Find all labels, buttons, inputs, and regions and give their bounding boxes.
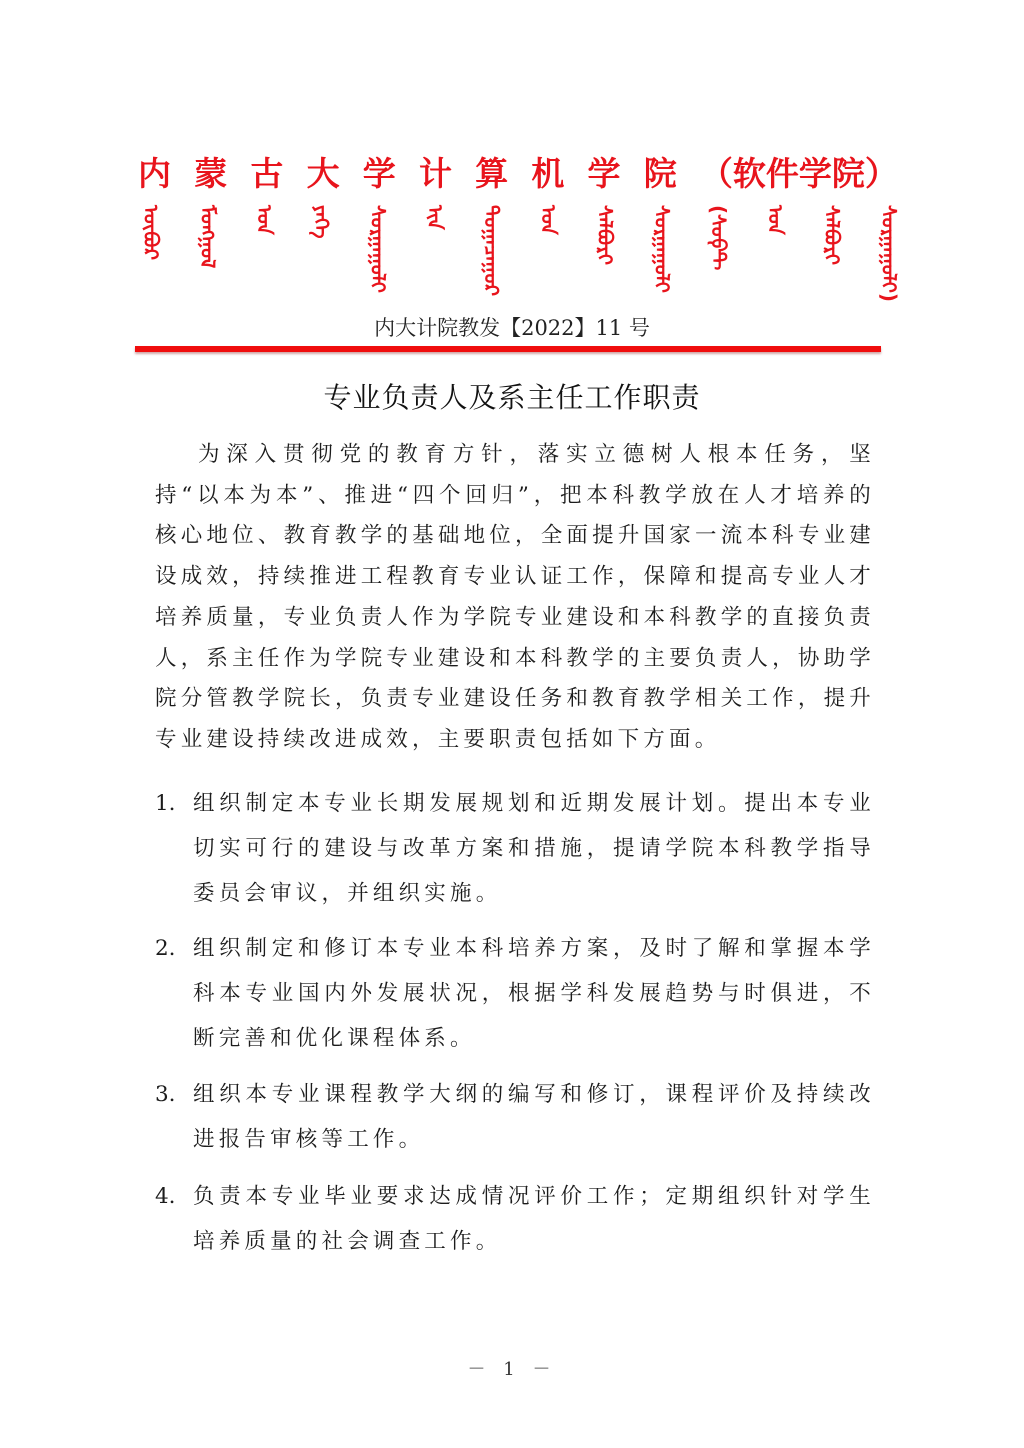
mongolian-word: ᠢᠨ xyxy=(424,205,446,230)
mongolian-word: (ᠰᠣᠹᠲ xyxy=(708,205,730,270)
mongolian-word: ᠰᠤᠷᠭᠠᠭᠤᠯᠢ xyxy=(651,205,673,293)
mongolian-word: ᠲᠣᠭᠠᠴᠠᠭᠤᠷ xyxy=(481,205,503,296)
letterhead-char: 院 xyxy=(644,148,677,195)
letterhead-char: 学 xyxy=(363,148,396,195)
mongolian-word: ᠥᠪᠦᠷ xyxy=(140,205,162,260)
mongolian-word: ᠰᠤᠷᠭᠠᠭᠤᠯᠢ xyxy=(367,205,389,293)
letterhead-char: 古 xyxy=(250,148,283,195)
mongolian-word: ᠮᠣᠩᠭᠣᠯ xyxy=(197,205,219,268)
duty-item: 4. 负责本专业毕业要求达成情况评价工作；定期组织针对学生培养质量的社会调查工作… xyxy=(155,1174,875,1264)
duty-text: 组织制定和修订本专业本科培养方案，及时了解和掌握本学科本专业国内外发展状况，根据… xyxy=(193,926,875,1061)
letterhead-char: 算 xyxy=(475,148,508,195)
letterhead-char-software-college: （软件学院） xyxy=(700,148,898,195)
letterhead-char: 学 xyxy=(588,148,621,195)
letterhead-mongolian-script: ᠥᠪᠦᠷ ᠮᠣᠩᠭᠣᠯ ᠤᠨ ᠶᠡᠬᠡ ᠰᠤᠷᠭᠠᠭᠤᠯᠢ ᠢᠨ ᠲᠣᠭᠠᠴᠠᠭ… xyxy=(140,205,900,305)
letterhead-institution-name: 内 蒙 古 大 学 计 算 机 学 院 （软件学院） xyxy=(138,148,898,194)
document-title: 专业负责人及系主任工作职责 xyxy=(0,376,1024,416)
letterhead-red-divider xyxy=(135,346,881,352)
letterhead-char: 蒙 xyxy=(194,148,227,195)
duty-text: 组织制定本专业长期发展规划和近期发展计划。提出本专业切实可行的建设与改革方案和措… xyxy=(193,781,875,916)
duty-text: 负责本专业毕业要求达成情况评价工作；定期组织针对学生培养质量的社会调查工作。 xyxy=(193,1174,875,1264)
mongolian-word: ᠤᠨ xyxy=(254,205,276,235)
duty-number: 2. xyxy=(155,926,193,1061)
letterhead-char: 内 xyxy=(138,148,171,195)
letterhead-char: 计 xyxy=(419,148,452,195)
duty-number: 1. xyxy=(155,781,193,916)
mongolian-word: ᠰᠤᠷᠭᠠᠭᠤᠯᠢ) xyxy=(878,205,900,302)
mongolian-word: ᠰᠠᠯᠪᠤᠷᠢ xyxy=(594,205,616,265)
letterhead-char: 大 xyxy=(307,148,340,195)
letterhead-char: 机 xyxy=(531,148,564,195)
document-number: 内大计院教发【2022】11 号 xyxy=(0,312,1024,342)
duty-item: 3. 组织本专业课程教学大纲的编写和修订，课程评价及持续改进报告审核等工作。 xyxy=(155,1072,875,1162)
intro-paragraph: 为深入贯彻党的教育方针，落实立德树人根本任务，坚持“以本为本”、推进“四个回归”… xyxy=(155,435,875,761)
mongolian-word: ᠶᠡᠬᠡ xyxy=(310,205,332,239)
duty-item: 2. 组织制定和修订本专业本科培养方案，及时了解和掌握本学科本专业国内外发展状况… xyxy=(155,926,875,1061)
duty-number: 4. xyxy=(155,1174,193,1264)
duty-text: 组织本专业课程教学大纲的编写和修订，课程评价及持续改进报告审核等工作。 xyxy=(193,1072,875,1162)
document-body: 为深入贯彻党的教育方针，落实立德树人根本任务，坚持“以本为本”、推进“四个回归”… xyxy=(155,435,875,761)
page-number: － 1 － xyxy=(0,1355,1024,1381)
duty-item: 1. 组织制定本专业长期发展规划和近期发展计划。提出本专业切实可行的建设与改革方… xyxy=(155,781,875,916)
mongolian-word: ᠤᠨ xyxy=(537,205,559,235)
mongolian-word: ᠤᠨ xyxy=(764,205,786,235)
duty-number: 3. xyxy=(155,1072,193,1162)
mongolian-word: ᠰᠠᠯᠪᠤᠷᠢ xyxy=(821,205,843,265)
